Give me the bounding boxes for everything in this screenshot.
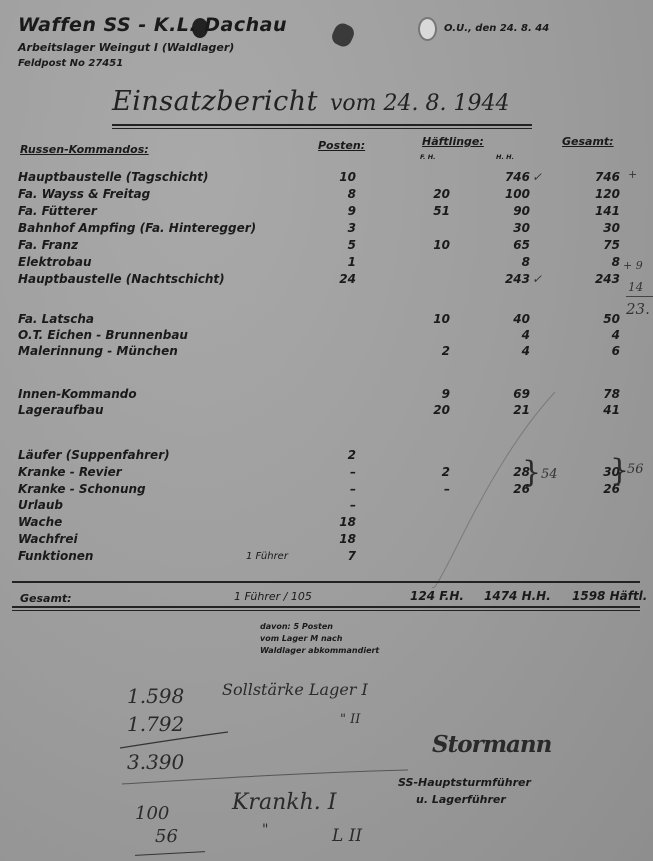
row-posten: 7 (316, 549, 356, 563)
totals-hh: 1474 H.H. (484, 589, 551, 603)
row-label: Läufer (Suppenfahrer) (18, 448, 170, 462)
row-posten: 24 (316, 272, 356, 286)
margin-note-nacht: + 9 (623, 259, 643, 272)
footnote-line-1: davon: 5 Posten (260, 622, 333, 631)
punch-hole-mark (329, 21, 356, 49)
feldpost-number: Feldpost No 27451 (18, 58, 123, 69)
row-posten: 3 (316, 221, 356, 235)
title-underline (112, 124, 532, 126)
row-label: Fa. Franz (18, 238, 78, 252)
row-label: O.T. Eichen - Brunnenbau (18, 328, 188, 342)
row-posten: 18 (316, 532, 356, 546)
subunit-name: Arbeitslager Weingut I (Waldlager) (18, 41, 234, 54)
row-label: Innen-Kommando (18, 387, 137, 401)
signature: Stormann (432, 731, 551, 758)
hand-krank-2-label: L II (332, 826, 362, 846)
row-hh: 30 (490, 221, 530, 235)
hand-krank-label: Krankh. I (232, 790, 336, 815)
row-hh: 90 (490, 204, 530, 218)
row-gesamt: 78 (580, 387, 620, 401)
row-label: Wachfrei (18, 532, 78, 546)
column-hh: H. H. (496, 153, 514, 161)
pencil-stroke (430, 390, 560, 590)
row-gesamt: 141 (580, 204, 620, 218)
row-hh: 243 (490, 272, 530, 286)
hand-sum-rule (118, 730, 230, 750)
footnote-line-3: Waldlager abkommandiert (260, 646, 379, 655)
row-label: Fa. Latscha (18, 312, 94, 326)
row-label: Bahnhof Ampfing (Fa. Hinteregger) (18, 221, 256, 235)
margin-tally-rule (626, 296, 653, 297)
row-label: Elektrobau (18, 255, 92, 269)
row-label: Funktionen (18, 549, 93, 563)
row-fh: 10 (410, 312, 450, 326)
row-label: Kranke - Schonung (18, 482, 146, 496)
signature-role: u. Lagerführer (416, 793, 506, 806)
column-posten: Posten: (318, 139, 365, 152)
row-gesamt: 30 (580, 221, 620, 235)
totals-rule-bottom (12, 606, 640, 608)
row-label: Malerinnung - München (18, 344, 178, 358)
document-page: Waffen SS - K.L. Dachau Arbeitslager Wei… (0, 0, 653, 861)
report-title: Einsatzbericht (112, 86, 318, 117)
hand-krank-ditto: " (262, 822, 268, 838)
row-label: Lageraufbau (18, 403, 103, 417)
unit-name: Waffen SS - K.L. Dachau (18, 14, 287, 36)
hand-krank-2: 56 (155, 826, 178, 847)
row-fh: 20 (410, 187, 450, 201)
row-gesamt: 50 (580, 312, 620, 326)
row-hh: 4 (490, 328, 530, 342)
row-hh: 65 (490, 238, 530, 252)
report-date: vom 24. 8. 1944 (330, 91, 509, 116)
row-label: Fa. Wayss & Freitag (18, 187, 150, 201)
row-hh: 746 (490, 170, 530, 184)
row-gesamt: 243 (580, 272, 620, 286)
totals-posten: 1 Führer / 105 (234, 590, 312, 603)
column-fh: F. H. (420, 153, 436, 161)
section-header: Russen-Kommandos: (20, 143, 149, 156)
row-gesamt: 6 (580, 344, 620, 358)
margin-plus: + (628, 168, 637, 181)
row-gesamt: 75 (580, 238, 620, 252)
row-label: Wache (18, 515, 62, 529)
row-label: Kranke - Revier (18, 465, 122, 479)
row-gesamt: 120 (580, 187, 620, 201)
row-gesamt: 4 (580, 328, 620, 342)
row-gesamt: 8 (580, 255, 620, 269)
row-hh: 40 (490, 312, 530, 326)
row-label: Fa. Fütterer (18, 204, 97, 218)
totals-rule-top (12, 581, 640, 583)
row-extra: 1 Führer (246, 551, 288, 562)
row-label: Urlaub (18, 498, 63, 512)
hand-lager-2: " II (340, 712, 360, 727)
check-mark-icon: ✓ (532, 170, 542, 184)
totals-fh: 124 F.H. (410, 589, 464, 603)
punch-hole (420, 19, 435, 39)
row-label: Hauptbaustelle (Tagschicht) (18, 170, 209, 184)
row-hh: 100 (490, 187, 530, 201)
brace-gesamt-sum: 56 (627, 462, 644, 477)
totals-rule-bottom-2 (12, 610, 640, 611)
row-posten: 10 (316, 170, 356, 184)
hand-long-rule (120, 766, 410, 786)
footnote-line-2: vom Lager M nach (260, 634, 343, 643)
row-posten: 5 (316, 238, 356, 252)
row-posten: 2 (316, 448, 356, 462)
row-hh: 4 (490, 344, 530, 358)
row-gesamt: 41 (580, 403, 620, 417)
check-mark-icon: ✓ (532, 272, 542, 286)
margin-tally-sum: 23. (626, 300, 650, 318)
totals-label: Gesamt: (20, 592, 72, 605)
row-label: Hauptbaustelle (Nachtschicht) (18, 272, 225, 286)
row-gesamt: 746 (580, 170, 620, 184)
hand-krank-rule (135, 851, 205, 856)
hand-krank-1: 100 (135, 803, 169, 824)
hand-sollstaerke: Sollstärke Lager I (222, 680, 368, 699)
row-fh: 51 (410, 204, 450, 218)
row-hh: 8 (490, 255, 530, 269)
row-posten: 18 (316, 515, 356, 529)
row-posten: – (316, 465, 356, 479)
row-posten: – (316, 482, 356, 496)
column-haeftlinge: Häftlinge: (422, 135, 484, 148)
totals-gesamt: 1598 Häftl. (572, 589, 647, 603)
signature-rank: SS-Hauptsturmführer (398, 776, 531, 789)
row-fh: 2 (410, 344, 450, 358)
row-posten: 9 (316, 204, 356, 218)
title-underline-2 (112, 128, 532, 129)
row-fh: 10 (410, 238, 450, 252)
row-posten: 1 (316, 255, 356, 269)
place-date: O.U., den 24. 8. 44 (444, 23, 549, 34)
row-posten: – (316, 498, 356, 512)
row-posten: 8 (316, 187, 356, 201)
column-gesamt: Gesamt: (562, 135, 614, 148)
margin-tally-a: 14 (628, 280, 643, 294)
hand-sum-1: 1.598 (127, 684, 184, 708)
